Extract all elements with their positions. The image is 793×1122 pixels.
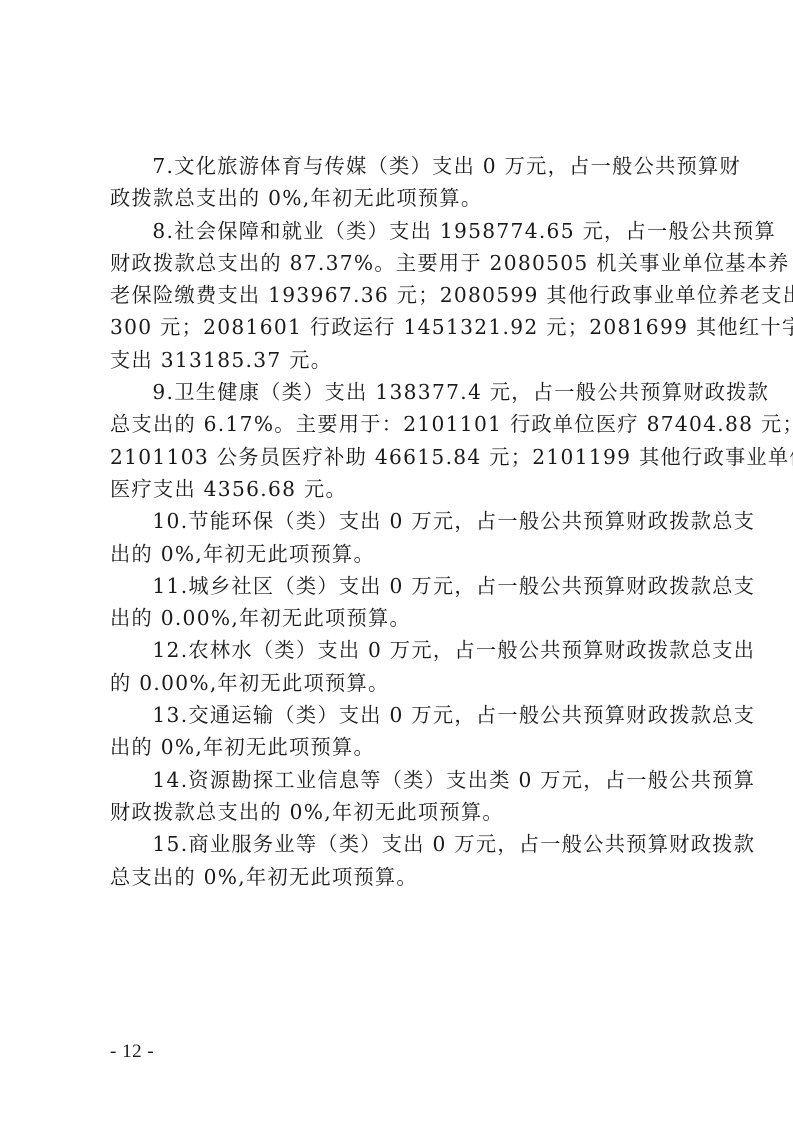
paragraph-item-8: 8.社会保障和就业（类）支出 1958774.65 元，占一般公共预算 财政拨款… <box>110 215 700 376</box>
paragraph-item-13: 13.交通运输（类）支出 0 万元，占一般公共预算财政拨款总支 出的 0%,年初… <box>110 699 700 764</box>
text-line: 出的 0%,年初无此项预算。 <box>68 731 700 763</box>
document-page: 7.文化旅游体育与传媒（类）支出 0 万元，占一般公共预算财 政拨款总支出的 0… <box>0 0 793 1122</box>
text-line: 9.卫生健康（类）支出 138377.4 元，占一般公共预算财政拨款 <box>110 376 700 408</box>
paragraph-item-7: 7.文化旅游体育与传媒（类）支出 0 万元，占一般公共预算财 政拨款总支出的 0… <box>110 150 700 215</box>
text-line: 300 元；2081601 行政运行 1451321.92 元；2081699 … <box>68 311 700 343</box>
text-line: 14.资源勘探工业信息等（类）支出类 0 万元，占一般公共预算 <box>110 764 700 796</box>
text-line: 医疗支出 4356.68 元。 <box>68 473 700 505</box>
text-line: 8.社会保障和就业（类）支出 1958774.65 元，占一般公共预算 <box>110 215 700 247</box>
text-line: 支出 313185.37 元。 <box>68 344 700 376</box>
text-line: 7.文化旅游体育与传媒（类）支出 0 万元，占一般公共预算财 <box>110 150 700 182</box>
text-line: 出的 0.00%,年初无此项预算。 <box>68 602 700 634</box>
text-line: 财政拨款总支出的 0%,年初无此项预算。 <box>68 796 700 828</box>
text-line: 11.城乡社区（类）支出 0 万元，占一般公共预算财政拨款总支 <box>110 570 700 602</box>
text-line: 13.交通运输（类）支出 0 万元，占一般公共预算财政拨款总支 <box>110 699 700 731</box>
text-line: 的 0.00%,年初无此项预算。 <box>68 667 700 699</box>
paragraph-item-11: 11.城乡社区（类）支出 0 万元，占一般公共预算财政拨款总支 出的 0.00%… <box>110 570 700 635</box>
text-line: 出的 0%,年初无此项预算。 <box>68 538 700 570</box>
text-line: 财政拨款总支出的 87.37%。主要用于 2080505 机关事业单位基本养 <box>68 247 700 279</box>
text-line: 10.节能环保（类）支出 0 万元，占一般公共预算财政拨款总支 <box>110 505 700 537</box>
paragraph-item-10: 10.节能环保（类）支出 0 万元，占一般公共预算财政拨款总支 出的 0%,年初… <box>110 505 700 570</box>
paragraph-item-9: 9.卫生健康（类）支出 138377.4 元，占一般公共预算财政拨款 总支出的 … <box>110 376 700 505</box>
text-line: 政拨款总支出的 0%,年初无此项预算。 <box>68 182 700 214</box>
text-line: 总支出的 6.17%。主要用于：2101101 行政单位医疗 87404.88 … <box>68 408 700 440</box>
paragraph-item-14: 14.资源勘探工业信息等（类）支出类 0 万元，占一般公共预算 财政拨款总支出的… <box>110 764 700 829</box>
text-line: 总支出的 0%,年初无此项预算。 <box>68 861 700 893</box>
text-line: 老保险缴费支出 193967.36 元；2080599 其他行政事业单位养老支出 <box>68 279 700 311</box>
document-body: 7.文化旅游体育与传媒（类）支出 0 万元，占一般公共预算财 政拨款总支出的 0… <box>110 150 700 893</box>
text-line: 12.农林水（类）支出 0 万元，占一般公共预算财政拨款总支出 <box>110 634 700 666</box>
page-number: - 12 - <box>110 1041 154 1063</box>
paragraph-item-12: 12.农林水（类）支出 0 万元，占一般公共预算财政拨款总支出 的 0.00%,… <box>110 634 700 699</box>
text-line: 15.商业服务业等（类）支出 0 万元，占一般公共预算财政拨款 <box>110 828 700 860</box>
text-line: 2101103 公务员医疗补助 46615.84 元；2101199 其他行政事… <box>68 441 700 473</box>
paragraph-item-15: 15.商业服务业等（类）支出 0 万元，占一般公共预算财政拨款 总支出的 0%,… <box>110 828 700 893</box>
